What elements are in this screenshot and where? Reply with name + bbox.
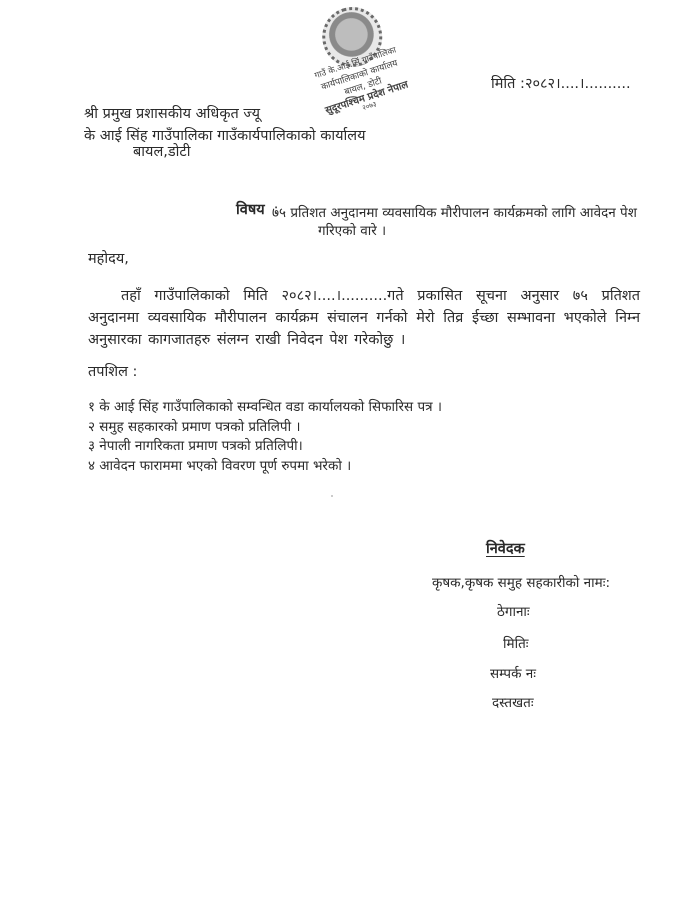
body-paragraph-text: तहाँ गाउँपालिकाको मिति २०८२।....।.......… xyxy=(88,288,640,348)
attachments-list: १ के आई सिंह गाउँपालिकाको सम्वन्धित वडा … xyxy=(88,398,442,476)
scan-speck xyxy=(331,495,333,497)
official-stamp: गाउँ के.आई.सिं गाउँपालिका कार्यपालिकाको … xyxy=(285,0,420,132)
attachments-title: तपशिल : xyxy=(88,361,137,381)
applicant-heading: निवेदक xyxy=(486,538,525,558)
subject-label-text: विषय xyxy=(236,202,265,218)
recipient-office: के आई सिंह गाउँपालिका गाउँकार्यपालिकाको … xyxy=(84,125,366,145)
body-paragraph: तहाँ गाउँपालिकाको मिति २०८२।....।.......… xyxy=(88,285,640,351)
subject-text-line1: ७५ प्रतिशत अनुदानमा व्यवसायिक मौरीपालन क… xyxy=(272,203,637,221)
applicant-contact-label: सम्पर्क नः xyxy=(490,664,536,682)
application-letter-page: गाउँ के.आई.सिं गाउँपालिका कार्यपालिकाको … xyxy=(0,0,699,910)
recipient-location: बायल,डोटी xyxy=(133,141,190,161)
salutation: महोदय, xyxy=(88,248,129,268)
letter-date: मिति :२०८२।....।.......... xyxy=(491,73,631,93)
subject-text-line2: गरिएको वारे । xyxy=(318,221,386,239)
applicant-address-label: ठेगानाः xyxy=(497,602,530,620)
applicant-name-label: कृषक,कृषक समुह सहकारीको नामः: xyxy=(432,573,610,591)
list-item: ३ नेपाली नागरिकता प्रमाण पत्रको प्रतिलिप… xyxy=(88,437,442,457)
list-item: १ के आई सिंह गाउँपालिकाको सम्वन्धित वडा … xyxy=(88,398,442,418)
list-item: ४ आवेदन फाराममा भएको विवरण पूर्ण रुपमा भ… xyxy=(88,457,442,477)
recipient-title: श्री प्रमुख प्रशासकीय अधिकृत ज्यू xyxy=(84,103,260,123)
list-item: २ समुह सहकारको प्रमाण पत्रको प्रतिलिपी । xyxy=(88,418,442,438)
applicant-signature-label: दस्तखतः xyxy=(492,693,534,711)
applicant-date-label: मितिः xyxy=(503,634,529,652)
